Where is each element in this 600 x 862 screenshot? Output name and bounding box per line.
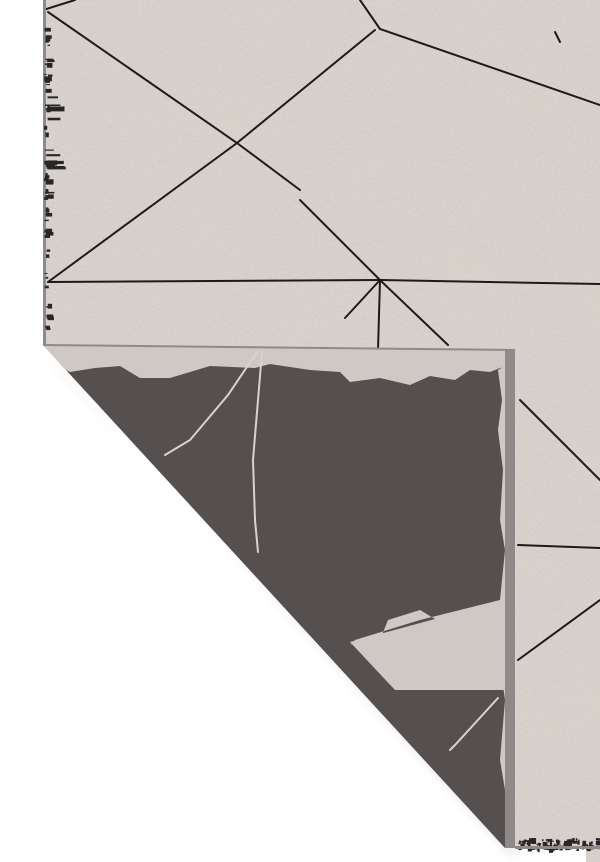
rug-backside [43, 345, 515, 848]
rug-illustration [0, 0, 600, 862]
rug-photo [0, 0, 600, 862]
